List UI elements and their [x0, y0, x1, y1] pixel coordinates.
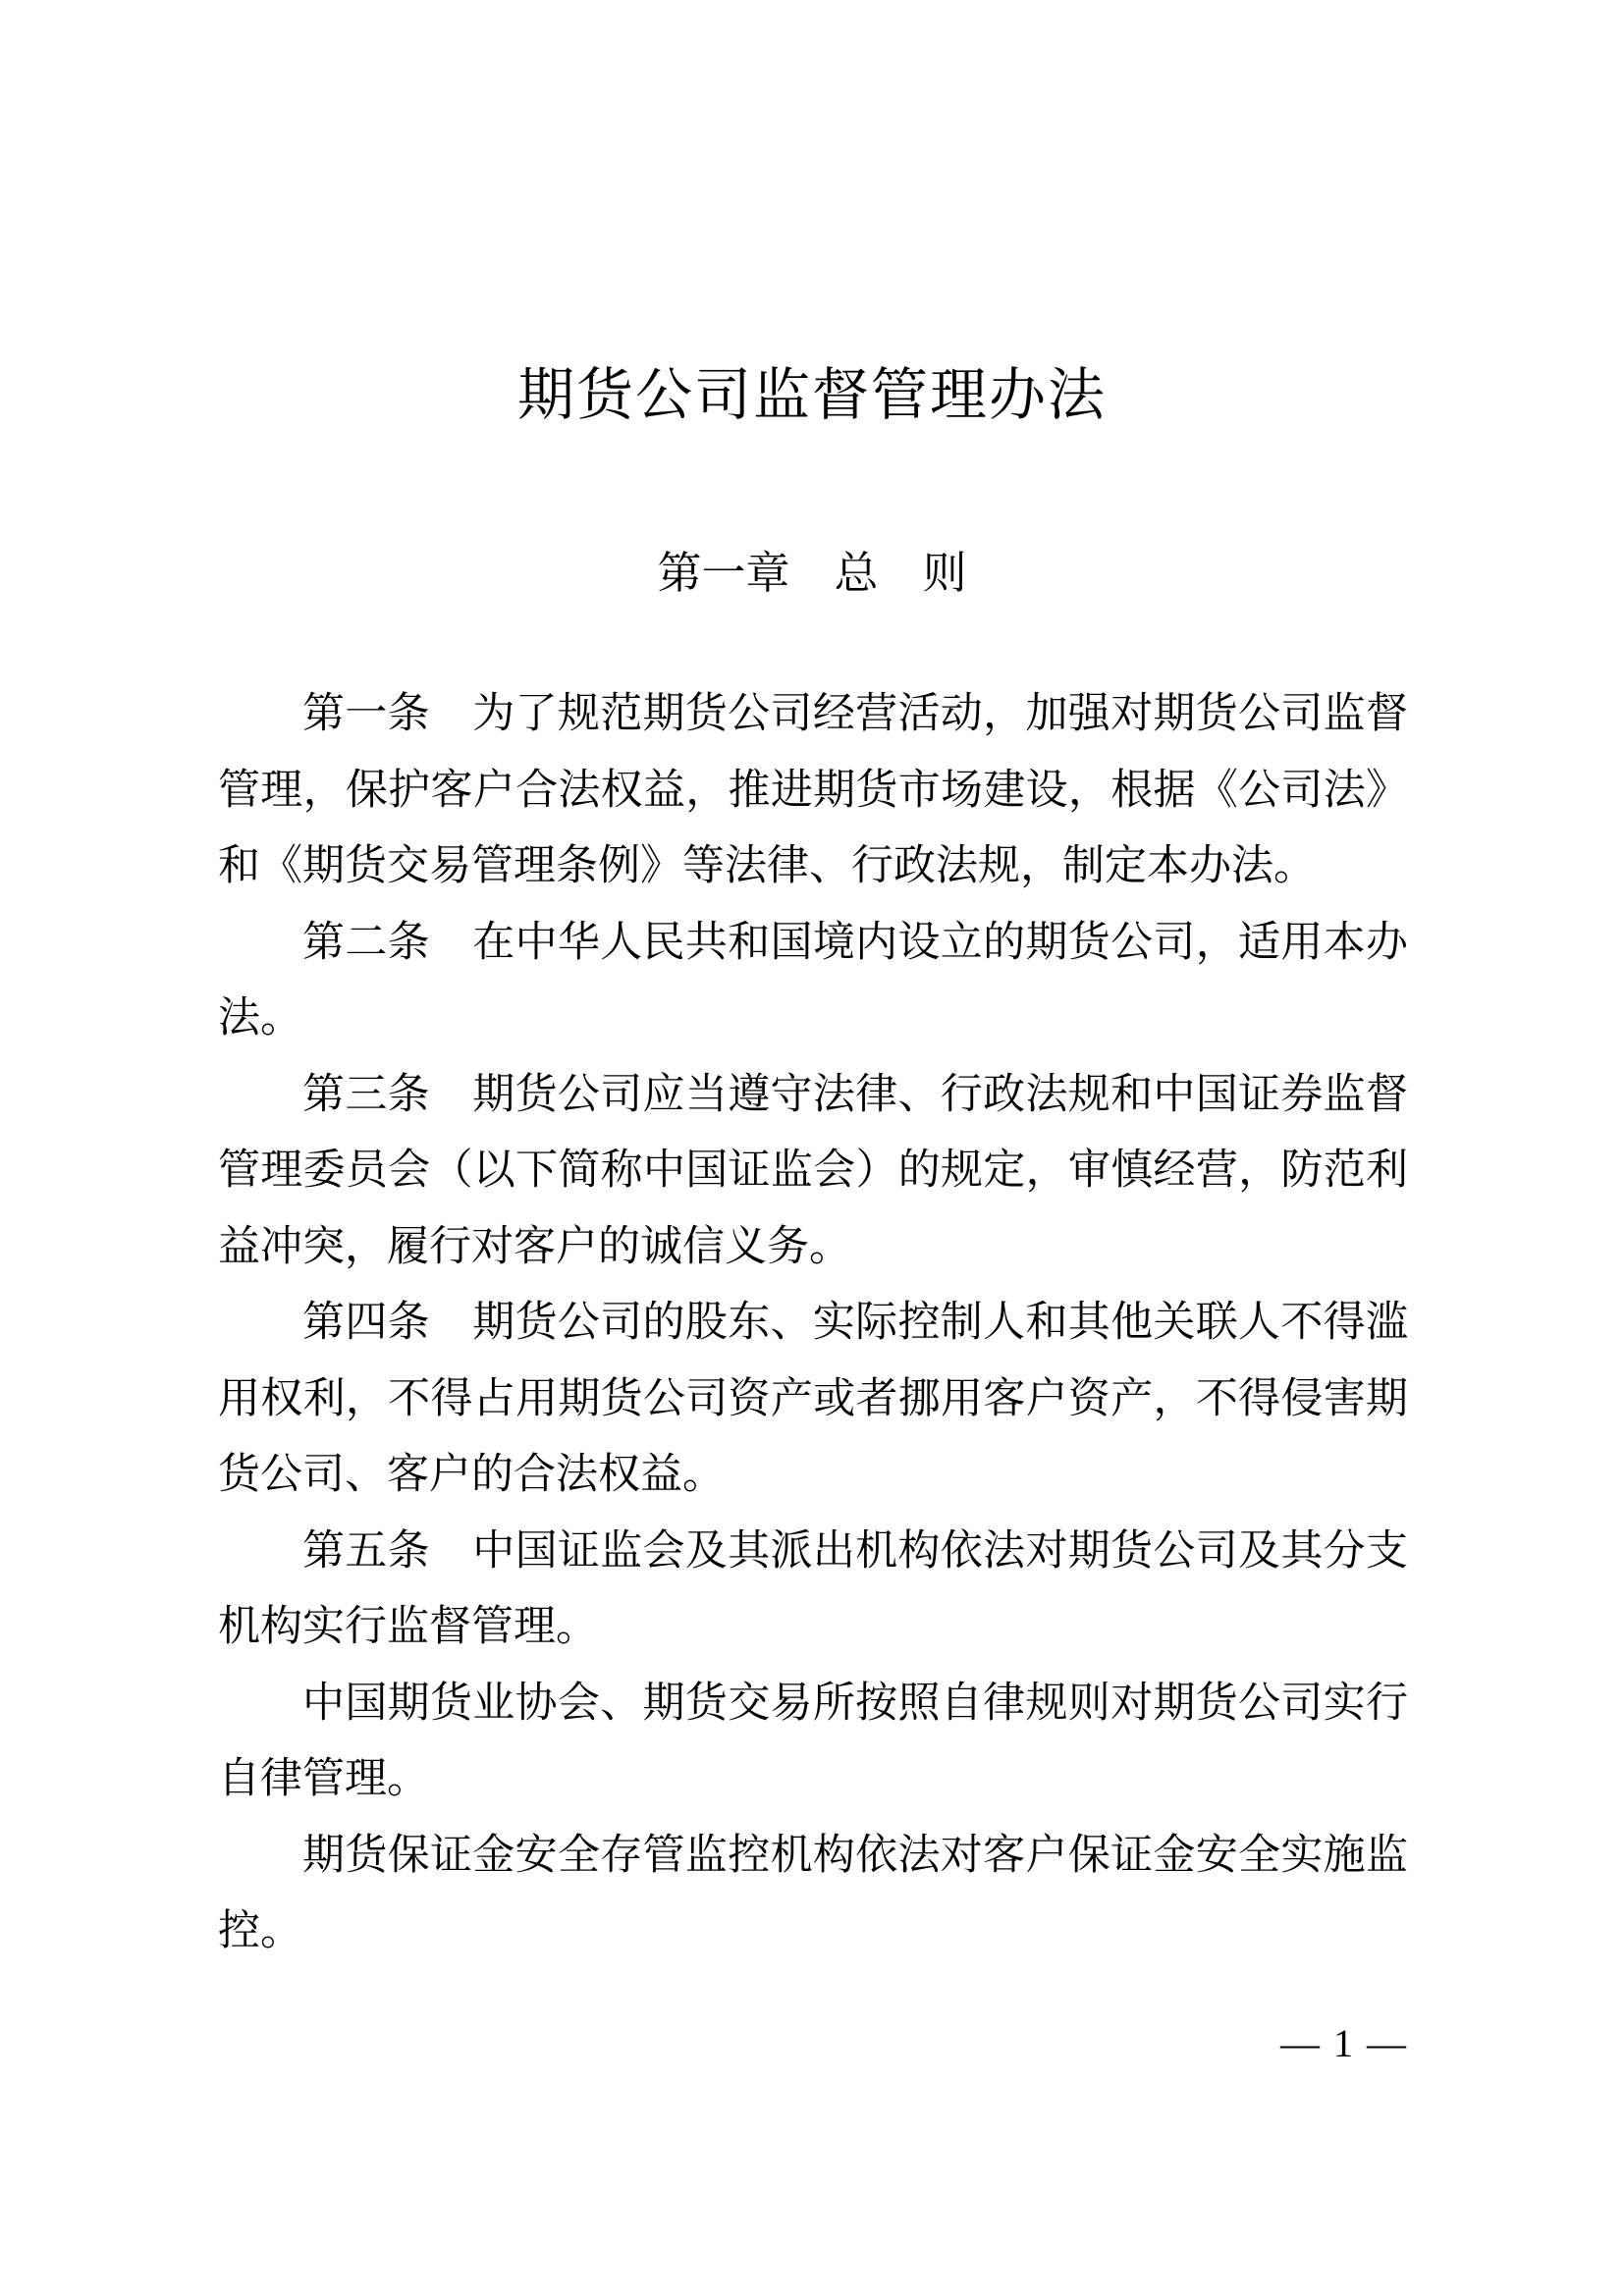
paragraph-article-3: 第三条 期货公司应当遵守法律、行政法规和中国证券监督管理委员会（以下简称中国证监… [218, 1057, 1408, 1286]
paragraph-article-2: 第二条 在中华人民共和国境内设立的期货公司，适用本办法。 [218, 905, 1408, 1057]
page-number: — 1 — [1280, 2020, 1408, 2067]
paragraph-article-5-continuation-2: 期货保证金安全存管监控机构依法对客户保证金安全实施监控。 [218, 1818, 1408, 1970]
paragraph-article-1: 第一条 为了规范期货公司经营活动，加强对期货公司监督管理，保护客户合法权益，推进… [218, 676, 1408, 905]
document-title: 期货公司监督管理办法 [0, 0, 1624, 424]
document-page: 期货公司监督管理办法 第一章 总 则 第一条 为了规范期货公司经营活动，加强对期… [0, 0, 1624, 2296]
paragraph-article-5: 第五条 中国证监会及其派出机构依法对期货公司及其分支机构实行监督管理。 [218, 1514, 1408, 1666]
document-body: 第一条 为了规范期货公司经营活动，加强对期货公司监督管理，保护客户合法权益，推进… [218, 676, 1408, 1970]
paragraph-article-5-continuation-1: 中国期货业协会、期货交易所按照自律规则对期货公司实行自律管理。 [218, 1666, 1408, 1818]
paragraph-article-4: 第四条 期货公司的股东、实际控制人和其他关联人不得滥用权利，不得占用期货公司资产… [218, 1285, 1408, 1514]
chapter-heading: 第一章 总 则 [0, 552, 1624, 596]
